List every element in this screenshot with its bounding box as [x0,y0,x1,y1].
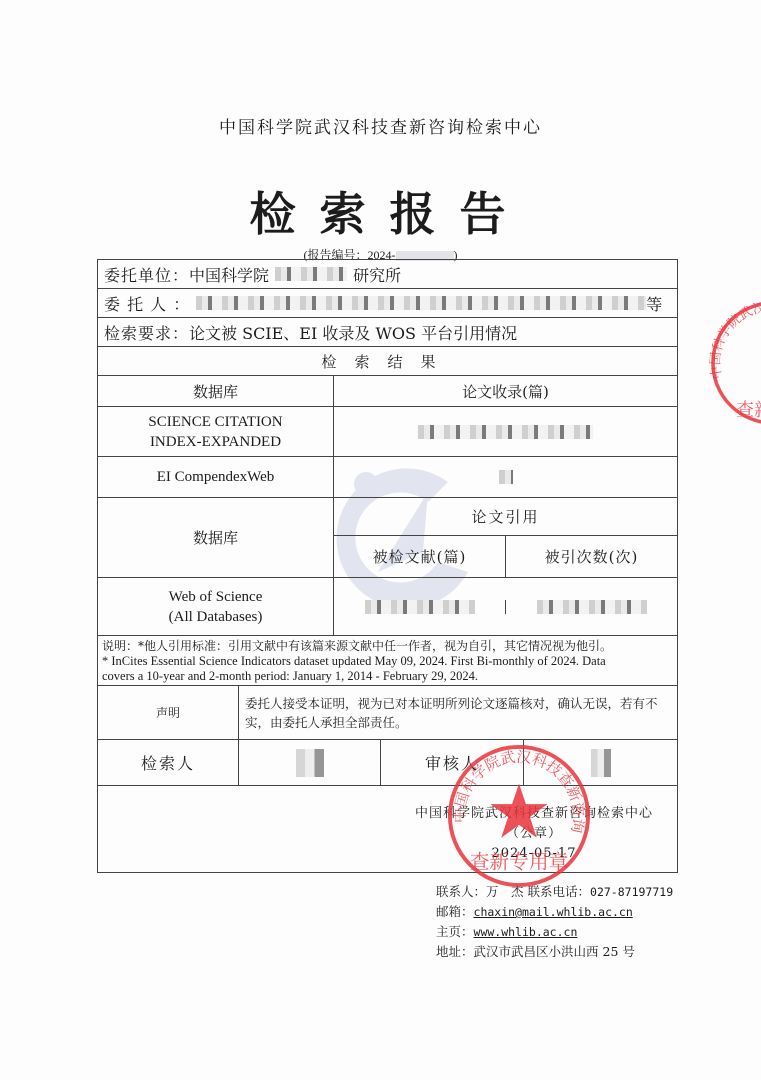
contact-address: 武汉市武昌区小洪山西 25 号 [474,944,635,959]
contact-address-line: 地址：武汉市武昌区小洪山西 25 号 [436,942,673,962]
svg-text:中国科学院武汉: 中国科学院武汉 [708,300,761,380]
contact-email-label: 邮箱： [436,904,474,919]
requirement-label: 检索要求： [104,321,189,344]
contact-person: 万 杰 [486,884,524,899]
contact-person-line: 联系人：万 杰 联系电话：027-87197719 [436,882,673,902]
stamp-row: 中国科学院武汉科技查新咨询检索中心 （公章） 2024-05-17 [98,786,677,872]
requirement-value: 论文被 SCIE、EI 收录及 WOS 平台引用情况 [189,321,517,344]
table-row: Web of Science (All Databases) [98,578,677,636]
papers-value [334,407,677,456]
note-line2: * InCites Essential Science Indicators d… [102,654,673,669]
papers-value [334,457,677,497]
contact-person-label: 联系人： [436,884,486,899]
results-section-title: 检索结果 [98,347,677,376]
contact-homepage-label: 主页： [436,924,474,939]
client-row: 委 托 人 ： 等 [98,289,677,318]
database-name: SCIENCE CITATION INDEX-EXPANDED [98,407,334,456]
col-citation-count: 被引次数(次) [506,536,677,577]
contact-homepage-link[interactable]: www.whlib.ac.cn [474,925,578,939]
report-table: 委托单位： 中国科学院 研究所 委 托 人 ： 等 检索要求： 论文被 SCIE… [97,259,678,873]
cited-value [506,600,677,614]
redacted-reviewer [591,749,611,777]
citation-header-group: 论文引用 被检文献(篇) 被引次数(次) [334,498,677,577]
table-row: SCIENCE CITATION INDEX-EXPANDED [98,407,677,457]
database-name: EI CompendexWeb [98,457,334,497]
note-line3: covers a 10-year and 2-month period: Jan… [102,669,673,684]
redacted-client-names [196,296,646,310]
reviewer-value [524,740,677,785]
unit-row: 委托单位： 中国科学院 研究所 [98,260,677,289]
redacted-searched [365,600,475,614]
searcher-value [239,740,381,785]
col-database: 数据库 [98,376,334,406]
col-citation-group: 论文引用 [334,498,677,536]
report-title: 检索报告 [0,178,761,244]
database-line1: SCIENCE CITATION [148,412,282,432]
stamp-organization: 中国科学院武汉科技查新咨询检索中心 [399,804,669,824]
database-line2: INDEX-EXPANDED [150,432,281,452]
database-name: Web of Science (All Databases) [98,578,334,635]
stamp-block: 中国科学院武汉科技查新咨询检索中心 （公章） 2024-05-17 [399,804,669,864]
indexing-header-row: 数据库 论文收录(篇) [98,376,677,407]
requirement-row: 检索要求： 论文被 SCIE、EI 收录及 WOS 平台引用情况 [98,318,677,347]
unit-value-prefix: 中国科学院 [189,263,269,286]
col-searched-papers: 被检文献(篇) [334,536,506,577]
redacted-unit [275,267,347,281]
redacted-papers-count [499,470,513,484]
partial-seal-icon: 中国科学院武汉 查新 [708,298,761,428]
signature-row: 检索人 审核人 [98,740,677,786]
contact-address-label: 地址： [436,944,474,959]
client-label: 委 托 人 ： [104,292,190,315]
unit-value-suffix: 研究所 [353,263,401,286]
contact-phone: 027-87197719 [590,885,673,899]
contact-homepage-line: 主页：www.whlib.ac.cn [436,922,673,942]
contact-email-link[interactable]: chaxin@mail.whlib.ac.cn [474,905,633,919]
declaration-text: 委托人接受本证明，视为已对本证明所列论文逐篇核对，确认无误，若有不实，由委托人承… [239,686,677,739]
contact-email-line: 邮箱：chaxin@mail.whlib.ac.cn [436,902,673,922]
declaration-label: 声明 [98,686,239,739]
searcher-label: 检索人 [98,740,239,785]
declaration-row: 声明 委托人接受本证明，视为已对本证明所列论文逐篇核对，确认无误，若有不实，由委… [98,686,677,740]
redacted-cited [537,600,647,614]
reviewer-label: 审核人 [381,740,524,785]
col-database: 数据库 [98,498,334,577]
citation-values [334,578,677,635]
database-line1: Web of Science [169,587,263,607]
table-row: EI CompendexWeb [98,457,677,498]
unit-label: 委托单位： [104,263,189,286]
note-line1: 说明：*他人引用标准：引用文献中有该篇来源文献中任一作者，视为自引，其它情况视为… [102,639,673,654]
organization-header: 中国科学院武汉科技查新咨询检索中心 [0,113,761,138]
contact-phone-label: 联系电话： [528,884,591,899]
svg-text:查新: 查新 [736,400,761,421]
redacted-papers-count [418,425,593,439]
notes-row: 说明：*他人引用标准：引用文献中有该篇来源文献中任一作者，视为自引，其它情况视为… [98,636,677,686]
contact-block: 联系人：万 杰 联系电话：027-87197719 邮箱：chaxin@mail… [436,882,673,962]
stamp-note: （公章） [399,824,669,844]
col-papers: 论文收录(篇) [334,376,677,406]
client-suffix: 等 [646,292,662,315]
stamp-date: 2024-05-17 [399,844,669,864]
database-line2: (All Databases) [169,607,263,627]
redacted-searcher [296,749,324,777]
citation-header-row: 数据库 论文引用 被检文献(篇) 被引次数(次) [98,498,677,578]
searched-value [334,600,506,614]
